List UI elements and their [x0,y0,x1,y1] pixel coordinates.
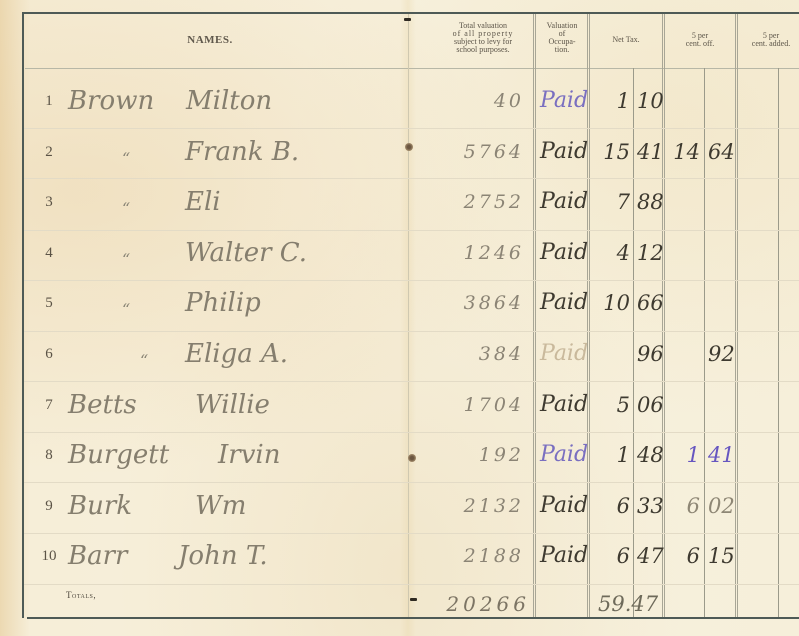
totals-label: Totals, [66,590,96,600]
ruled-line [24,432,799,433]
given-name: Eliga A. [185,339,288,369]
net-tax-cents: 66 [637,291,664,315]
total-valuation: 1704 [420,394,524,416]
row-number: 9 [34,498,64,515]
net-tax-dollars: 10 [592,291,630,315]
surname: Burgett [68,440,169,470]
total-valuation: 192 [420,444,524,466]
given-name: Willie [195,390,270,420]
row-number: 7 [34,397,64,414]
net-tax-cents: 48 [637,443,664,467]
occupation-status: Paid [540,493,588,518]
row-number: 2 [34,144,64,161]
col-divider-net-tax-cents [633,68,634,617]
net-tax-cents: 06 [637,393,664,417]
ledger-page: NAMES. Total valuation of all property s… [0,0,799,636]
surname: Brown [68,86,154,116]
occupation-status: Paid [540,240,588,265]
header-line: cent. added. [739,40,799,48]
occupation-status: Paid [540,290,588,315]
col-divider-five-added-cents [778,68,779,617]
five-off-cents: 92 [708,342,735,366]
row-number: 4 [34,245,64,262]
surname: Barr [68,541,127,571]
header-divider [25,68,799,69]
net-tax-dollars: 6 [592,544,630,568]
header-valuation-occupation: Valuation of Occupa- tion. [537,22,587,54]
net-tax-dollars: 7 [592,190,630,214]
page-fold [408,14,409,617]
row-number: 10 [34,548,64,565]
occupation-status: Paid [540,543,588,568]
ruled-line [24,230,799,231]
header-line: tion. [537,46,587,54]
header-five-pct-added: 5 per cent. added. [739,32,799,48]
left-border [22,12,24,618]
given-name: Eli [185,187,221,217]
net-tax-cents: 47 [637,544,664,568]
ruled-line [24,533,799,534]
net-tax-dollars: 1 [592,443,630,467]
occupation-status: Paid [540,88,588,113]
occupation-status: Paid [540,139,588,164]
surname-ditto: “ [122,149,130,168]
given-name: Frank B. [185,137,299,167]
col-divider-five-off-cents [704,68,705,617]
ruled-line [24,331,799,332]
net-tax-dollars: 1 [592,89,630,113]
col-divider-five-off [735,14,738,617]
binding-hole [405,143,413,151]
occupation-status: Paid [540,392,588,417]
net-tax-cents: 96 [637,342,664,366]
occupation-status: Paid [540,442,588,467]
surname-ditto: “ [122,199,130,218]
header-five-pct-off: 5 per cent. off. [666,32,734,48]
five-off-cents: 15 [708,544,735,568]
ruled-line [24,128,799,129]
net-tax-dollars: 6 [592,494,630,518]
header-line: school purposes. [436,46,530,54]
given-name: Irvin [218,440,280,470]
binding-mark-top [404,18,411,21]
occupation-status: Paid [540,189,588,214]
given-name: John T. [178,541,268,571]
net-tax-cents: 12 [637,241,664,265]
given-name: Milton [186,86,272,116]
five-off-cents: 02 [708,494,735,518]
five-off-dollars: 6 [666,544,700,568]
ruled-line [24,178,799,179]
given-name: Walter C. [185,238,307,268]
net-tax-dollars: 15 [592,140,630,164]
net-tax-cents: 41 [637,140,664,164]
header-line: cent. off. [666,40,734,48]
header-names: NAMES. [140,36,280,44]
row-number: 3 [34,194,64,211]
ruled-line [24,584,799,585]
row-number: 5 [34,295,64,312]
total-valuation: 3864 [420,292,524,314]
given-name: Philip [185,288,261,318]
five-off-dollars: 6 [666,494,700,518]
net-tax-dollars: 4 [592,241,630,265]
surname-ditto: “ [122,300,130,319]
surname-ditto: “ [140,351,148,370]
total-valuation: 384 [420,343,524,365]
net-tax-dollars: 5 [592,393,630,417]
net-tax-cents: 10 [637,89,664,113]
top-border [22,12,799,14]
row-number: 1 [34,93,64,110]
totals-net-tax: 59.47 [598,592,658,616]
row-number: 6 [34,346,64,363]
five-off-cents: 41 [708,443,735,467]
ruled-line [24,482,799,483]
ruled-line [24,280,799,281]
header-total-valuation: Total valuation of all property subject … [436,22,530,54]
row-number: 8 [34,447,64,464]
occupation-status: Paid [540,341,588,366]
total-valuation: 40 [420,90,524,112]
binding-hole [408,454,416,462]
surname-ditto: “ [122,250,130,269]
five-off-dollars: 14 [666,140,700,164]
given-name: Wm [195,491,246,521]
binding-mark-bottom [410,598,417,601]
bottom-border [27,617,799,619]
col-divider-valuation [533,14,536,617]
totals-valuation: 20266 [420,592,530,616]
surname: Betts [68,390,137,420]
total-valuation: 2132 [420,495,524,517]
five-off-dollars: 1 [666,443,700,467]
total-valuation: 2752 [420,191,524,213]
net-tax-cents: 88 [637,190,664,214]
total-valuation: 1246 [420,242,524,264]
net-tax-cents: 33 [637,494,664,518]
total-valuation: 5764 [420,141,524,163]
five-off-cents: 64 [708,140,735,164]
header-net-tax: Net Tax. [591,36,661,44]
surname: Burk [68,491,132,521]
total-valuation: 2188 [420,545,524,567]
ruled-line [24,381,799,382]
